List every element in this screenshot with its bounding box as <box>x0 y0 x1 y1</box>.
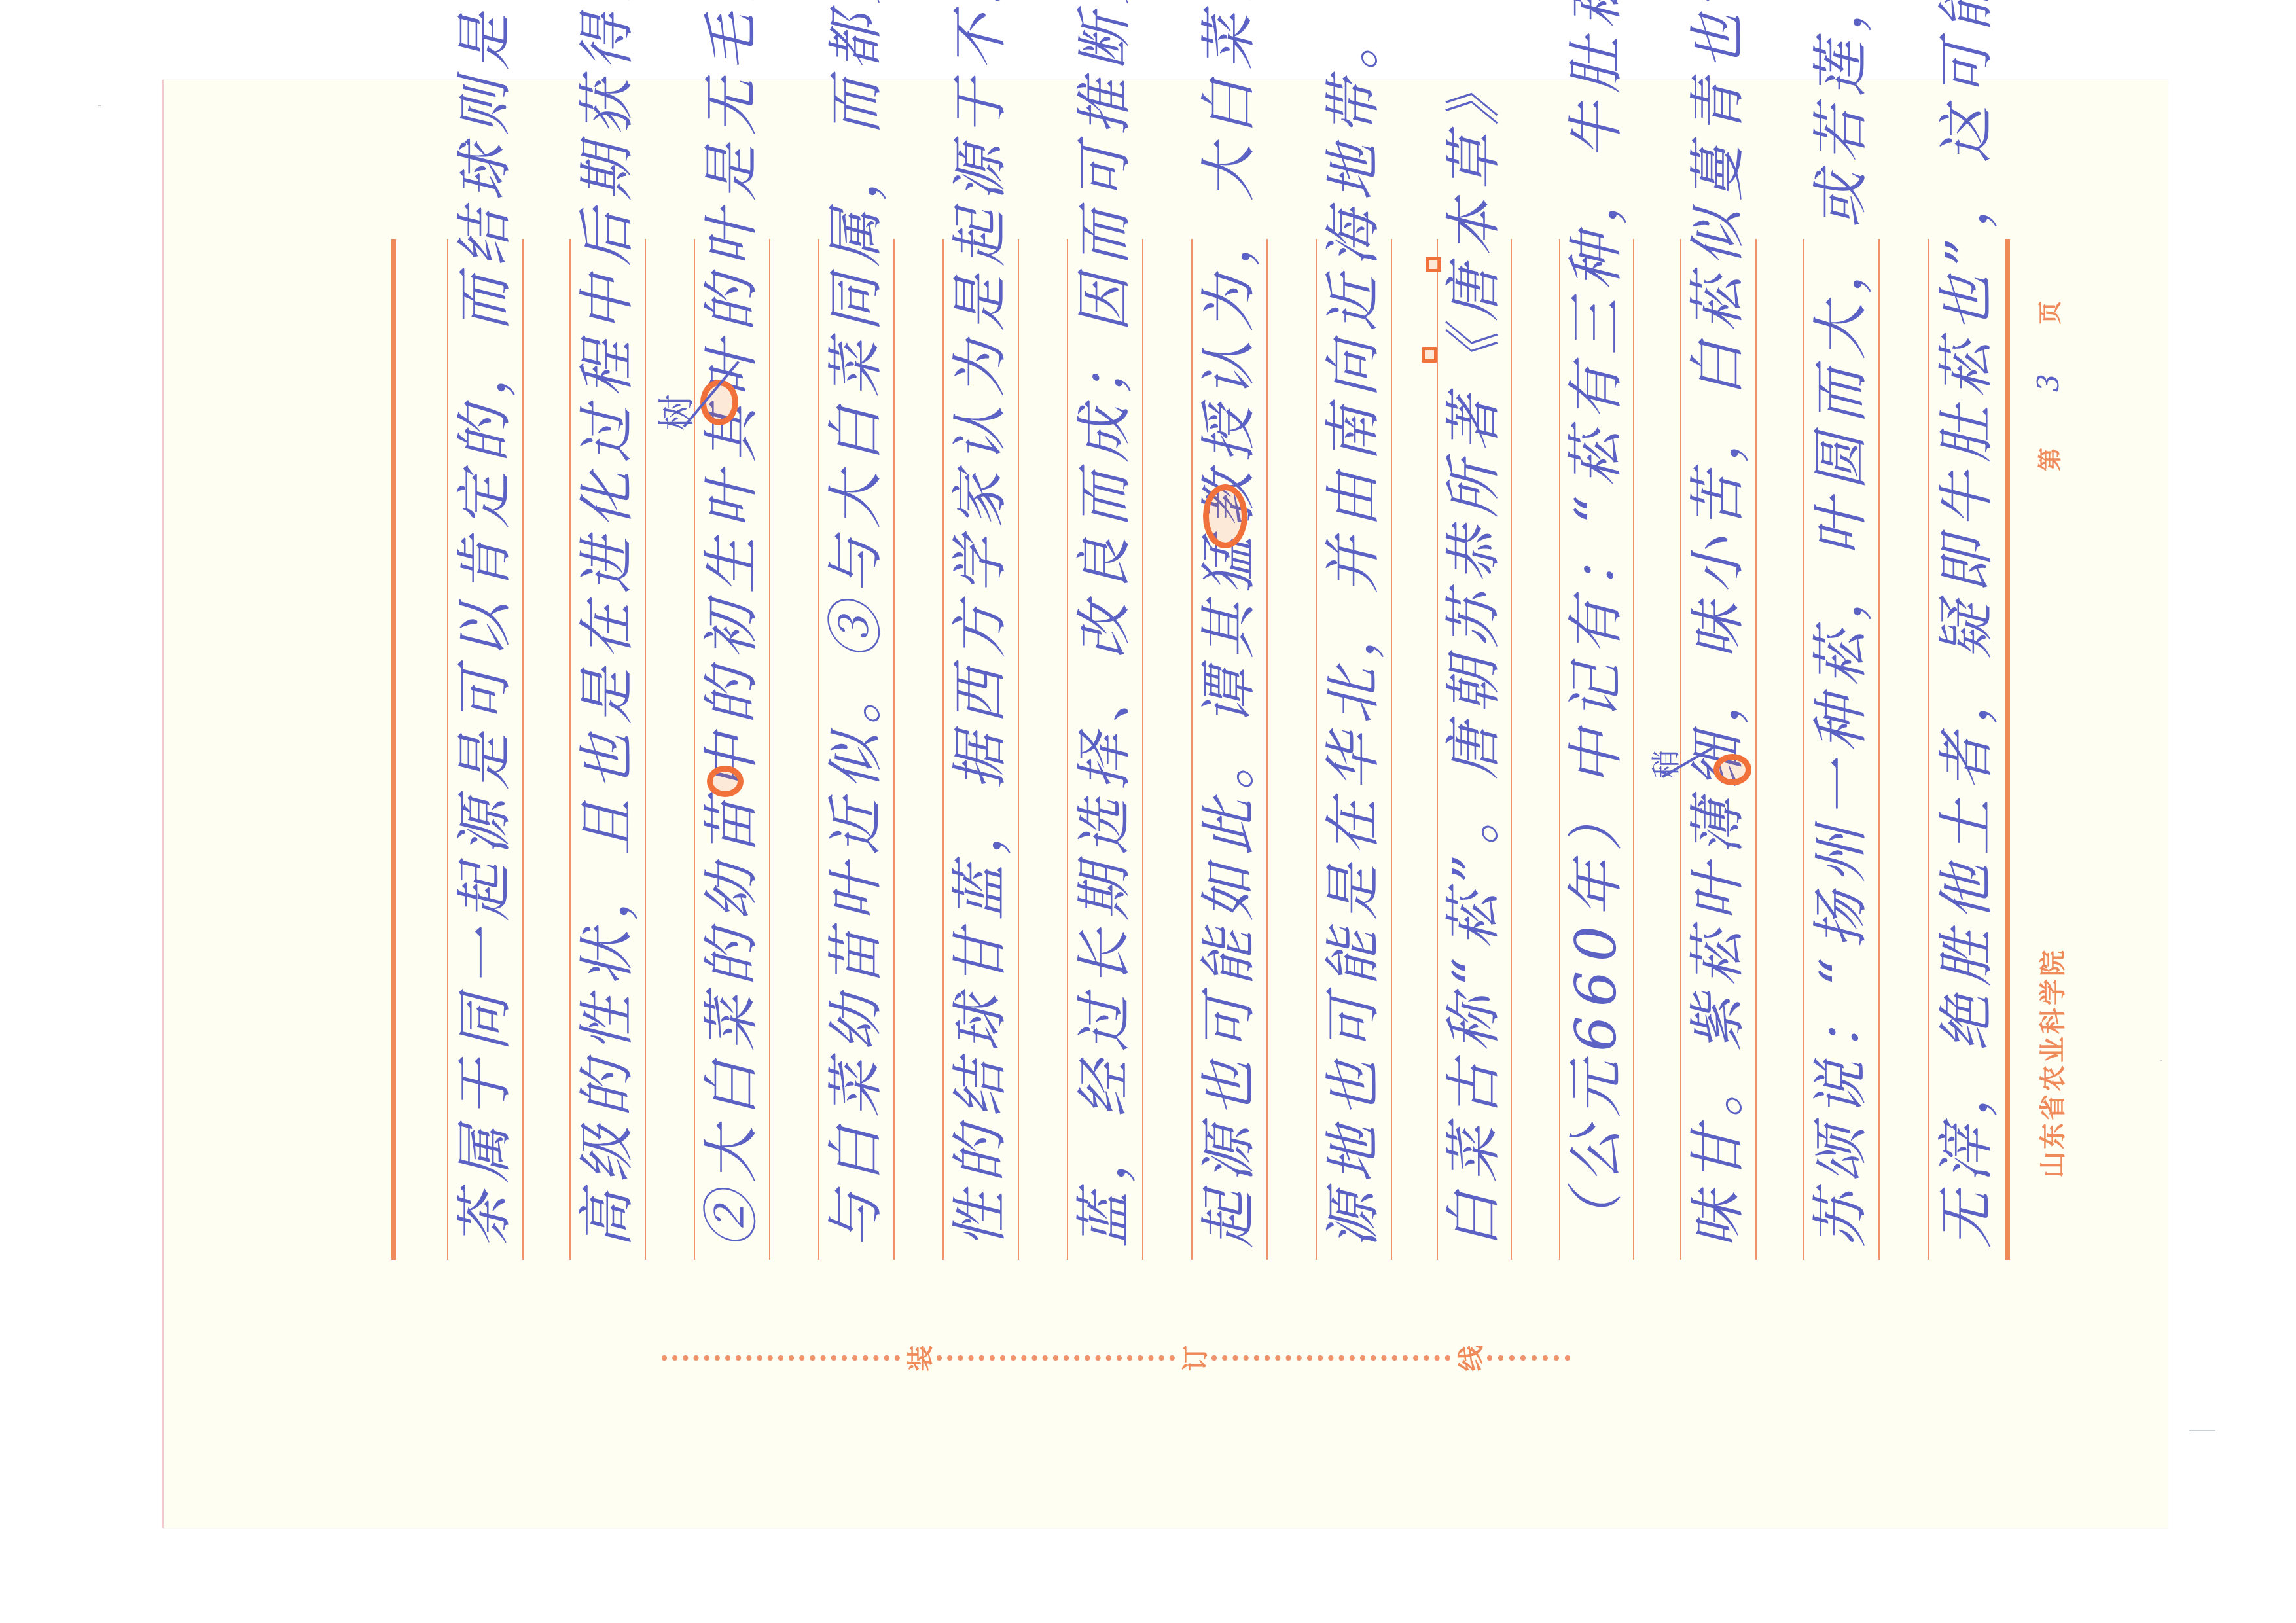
correction-circle <box>1713 754 1751 785</box>
page-number: 3 <box>2032 374 2066 392</box>
binding-char: 装 <box>900 1344 937 1372</box>
institution-name: 山东省农业科学院 <box>2032 948 2070 1178</box>
handwritten-line: （公元660年）中记有：“菘有三种，牛肚菘叶最大厚， <box>1560 239 1632 1260</box>
text-column-8: 源地也可能是在华北，并由南向近海地带。 <box>1316 239 1391 1260</box>
text-column-7: 起源也可能如此。谭其猛教授认为，大白菜的起 <box>1191 239 1266 1260</box>
text-column-5: 性的结球甘蓝，据西方学家认为是起源于不结球甘 <box>942 239 1018 1260</box>
handwritten-line: 苏颂说：“扬州一种菘，叶圆而大，或若莲，啖之 <box>1805 239 1877 1260</box>
handwritten-line: 蓝，经过长期选择、改良而成；因而可推断大白菜的 <box>1069 239 1141 1260</box>
handwritten-line: 源地也可能是在华北，并由南向近海地带。 <box>1318 239 1390 1260</box>
handwritten-line: 味甘。紫菘叶薄细，味小苦，白菘似蔓青也”，宋朝 <box>1682 239 1754 1260</box>
text-column-1: 茶属于同一起源是可以肯定的，而结球则是一种比较 <box>447 239 522 1260</box>
handwritten-line: 无滓，绝胜他土者，疑即牛肚菘也”，这可能是初 <box>1931 239 2003 1260</box>
handwritten-line: 茶属于同一起源是可以肯定的，而结球则是一种比较 <box>449 239 521 1260</box>
page-suffix: 页 <box>2037 301 2064 325</box>
text-column-6: 蓝，经过长期选择、改良而成；因而可推断大白菜的 <box>1067 239 1142 1260</box>
text-column-12: 苏颂说：“扬州一种菘，叶圆而大，或若莲，啖之 <box>1803 239 1878 1260</box>
insert-annotation: 树 <box>648 394 700 431</box>
binding-char: 线 <box>1450 1344 1487 1372</box>
correction-tick <box>1422 347 1437 363</box>
correction-tick <box>1426 257 1441 272</box>
handwritten-line: 性的结球甘蓝，据西方学家认为是起源于不结球甘 <box>944 239 1016 1260</box>
scan-speck <box>98 105 101 106</box>
handwritten-line: 高级的性状，且也是在进化过程中后期获得的性状。 <box>571 239 643 1260</box>
binding-line: 装 订 线 <box>658 1342 1574 1374</box>
text-column-4: 与白菜幼苗叶近似。③与大白菜同属，而都具有结球 <box>818 239 893 1260</box>
left-border-rule <box>391 239 396 1260</box>
handwritten-line: 白菜古称“菘”。唐朝苏恭所著《唐本草》 <box>1438 239 1510 1260</box>
text-column-13: 无滓，绝胜他土者，疑即牛肚菘也”，这可能是初 <box>1928 239 2005 1260</box>
text-column-2: 高级的性状，且也是在进化过程中后期获得的性状。 <box>569 239 645 1260</box>
binding-char: 订 <box>1175 1344 1212 1372</box>
page-prefix: 第 <box>2037 448 2064 471</box>
text-column-11: 味甘。紫菘叶薄细，味小苦，白菘似蔓青也”，宋朝 <box>1680 239 1755 1260</box>
right-border-rule <box>2005 239 2010 1260</box>
correction-circle <box>1203 484 1247 548</box>
text-column-10: （公元660年）中记有：“菘有三种，牛肚菘叶最大厚， <box>1559 239 1633 1260</box>
handwritten-line: 与白菜幼苗叶近似。③与大白菜同属，而都具有结球 <box>820 239 892 1260</box>
text-column-9: 白菜古称“菘”。唐朝苏恭所著《唐本草》 <box>1437 239 1511 1260</box>
correction-circle <box>707 766 744 797</box>
handwritten-line: 起源也可能如此。谭其猛教授认为，大白菜的起 <box>1193 239 1265 1260</box>
scan-speck <box>2160 1060 2162 1061</box>
page-number-label: 第 3 页 <box>2032 301 2066 471</box>
scan-speck <box>2189 1430 2215 1431</box>
